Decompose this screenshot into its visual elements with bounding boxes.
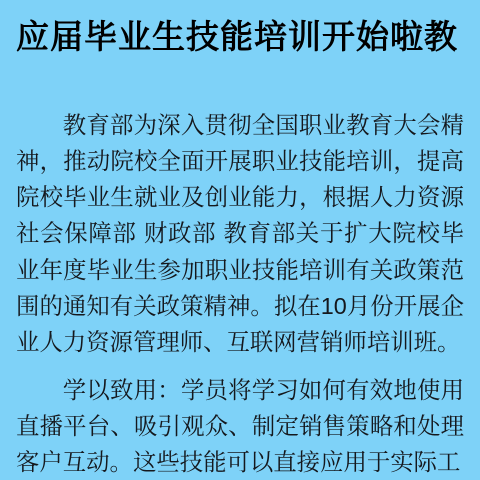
article-paragraph-policy: 教育部为深入贯彻全国职业教育大会精神，推动院校全面开展职业技能培训，提高院校毕业… bbox=[0, 107, 480, 361]
article-paragraph-skills: 学以致用：学员将学习如何有效地使用直播平台、吸引观众、制定销售策略和处理客户互动… bbox=[0, 372, 480, 480]
article-page: 应届毕业生技能培训开始啦教 教育部为深入贯彻全国职业教育大会精神，推动院校全面开… bbox=[0, 0, 480, 480]
article-title: 应届毕业生技能培训开始啦教 bbox=[16, 15, 464, 59]
